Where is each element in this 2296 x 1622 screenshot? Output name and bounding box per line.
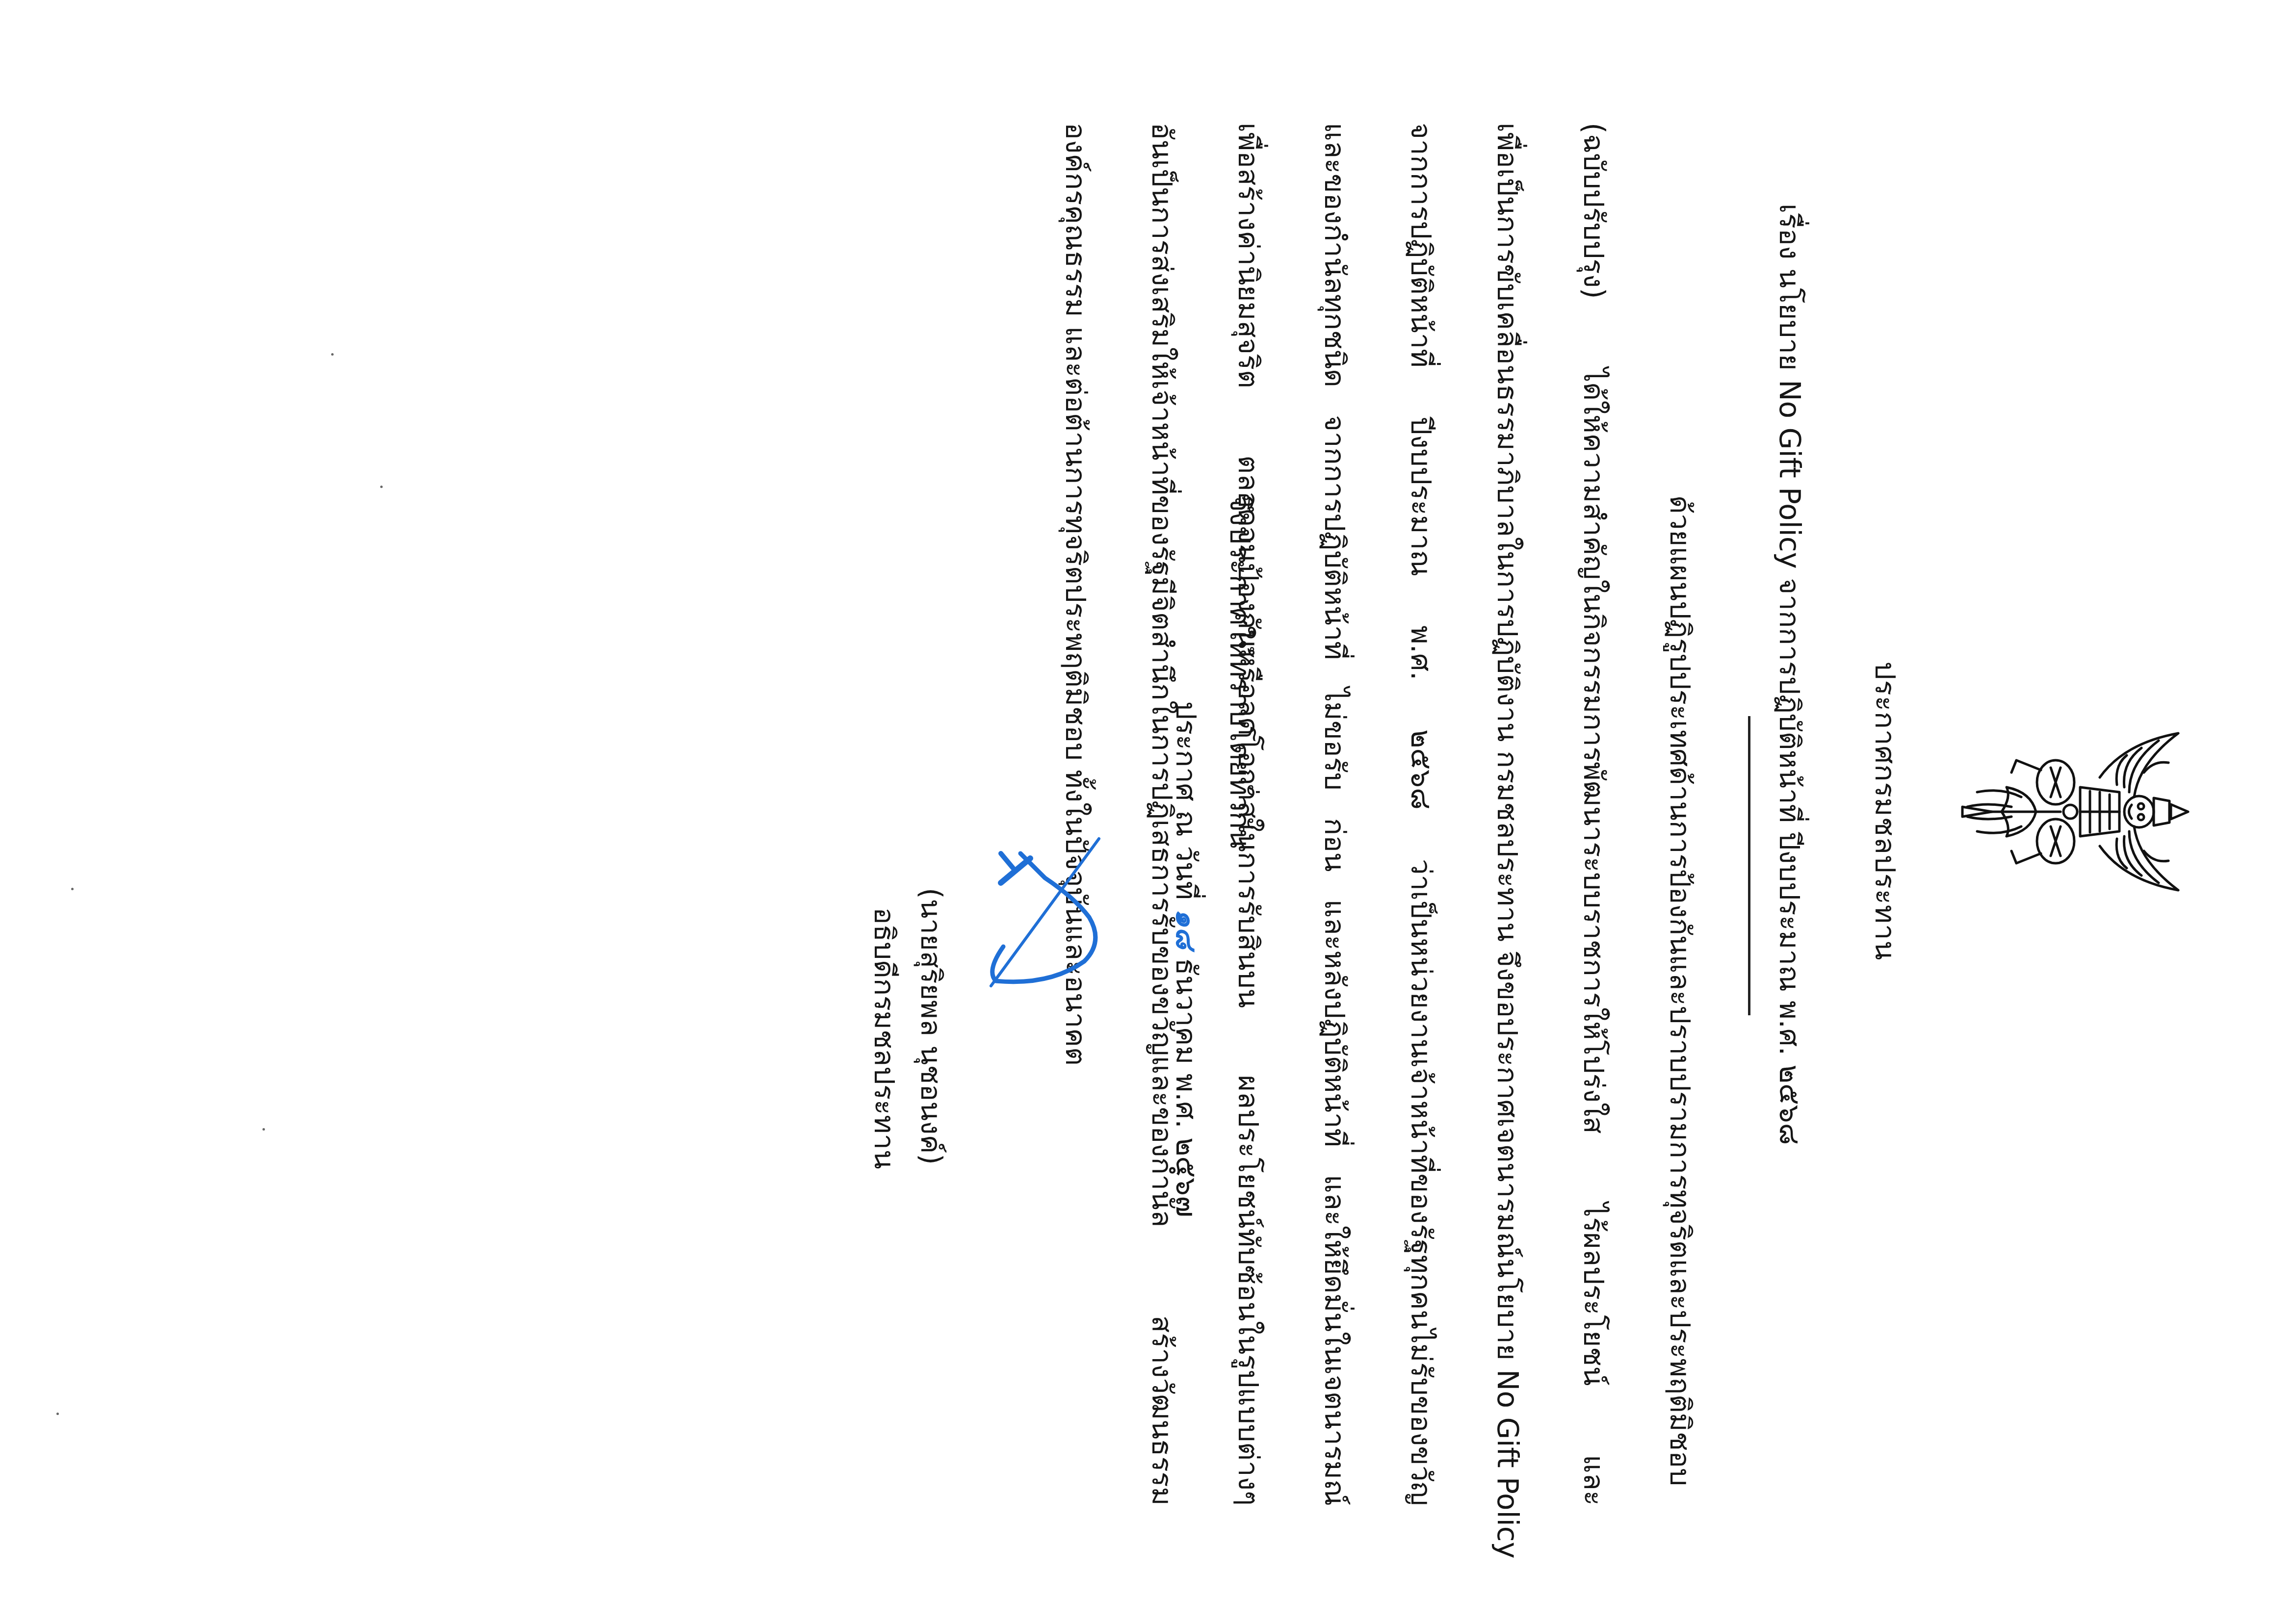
garuda-emblem-icon [1953,714,2198,910]
signer-title: อธิบดีกรมชลประทาน [862,907,908,1169]
scan-speck [71,888,74,890]
closing-statement: จึงประกาศให้ทราบโดยทั่วกัน [1218,495,1263,849]
scan-speck [56,1413,59,1415]
divider [1748,716,1750,1015]
header-title: ประกาศกรมชลประทาน [1863,0,1908,1622]
body-line: (ฉบับปรับปรุง) ได้ให้ความสำคัญในกิจกรรมก… [1537,123,1623,1506]
body-line: จากการปฏิบัติหน้าที่ ปีงบประมาณ พ.ศ. ๒๕๖… [1364,123,1451,1506]
date-day-handwritten: ๑๘ [1170,909,1203,949]
document-page: ประกาศกรมชลประทาน เรื่อง นโยบาย No Gift … [0,0,2296,1622]
body-line: ด้วยแผนปฏิรูปประเทศด้านการป้องกันและปราบ… [1623,123,1710,1506]
body-line: และของกำนัลทุกชนิด จากการปฏิบัติหน้าที่ … [1278,123,1364,1506]
announcement-date: ประกาศ ณ วันที่ ๑๘ ธันวาคม พ.ศ. ๒๕๖๗ [1164,701,1209,1217]
scan-speck [380,486,383,488]
scan-speck [262,1128,265,1131]
date-suffix: ธันวาคม พ.ศ. ๒๕๖๗ [1170,958,1203,1217]
date-prefix: ประกาศ ณ วันที่ [1170,701,1203,900]
scan-speck [331,353,334,356]
signer-name: (นายสุริยพล นุชอนงค์) [909,888,954,1165]
body-line: เพื่อเป็นการขับเคลื่อนธรรมาภิบาลในการปฏิ… [1451,123,1537,1506]
subject-line: เรื่อง นโยบาย No Gift Policy จากการปฏิบั… [1767,204,1813,1145]
body-line: องค์กรคุณธรรม และต่อต้านการทุจริตประพฤติ… [1019,123,1105,1506]
handwritten-signature-icon [971,824,1119,1001]
body-paragraph: ด้วยแผนปฏิรูปประเทศด้านการป้องกันและปราบ… [1019,123,1710,1506]
